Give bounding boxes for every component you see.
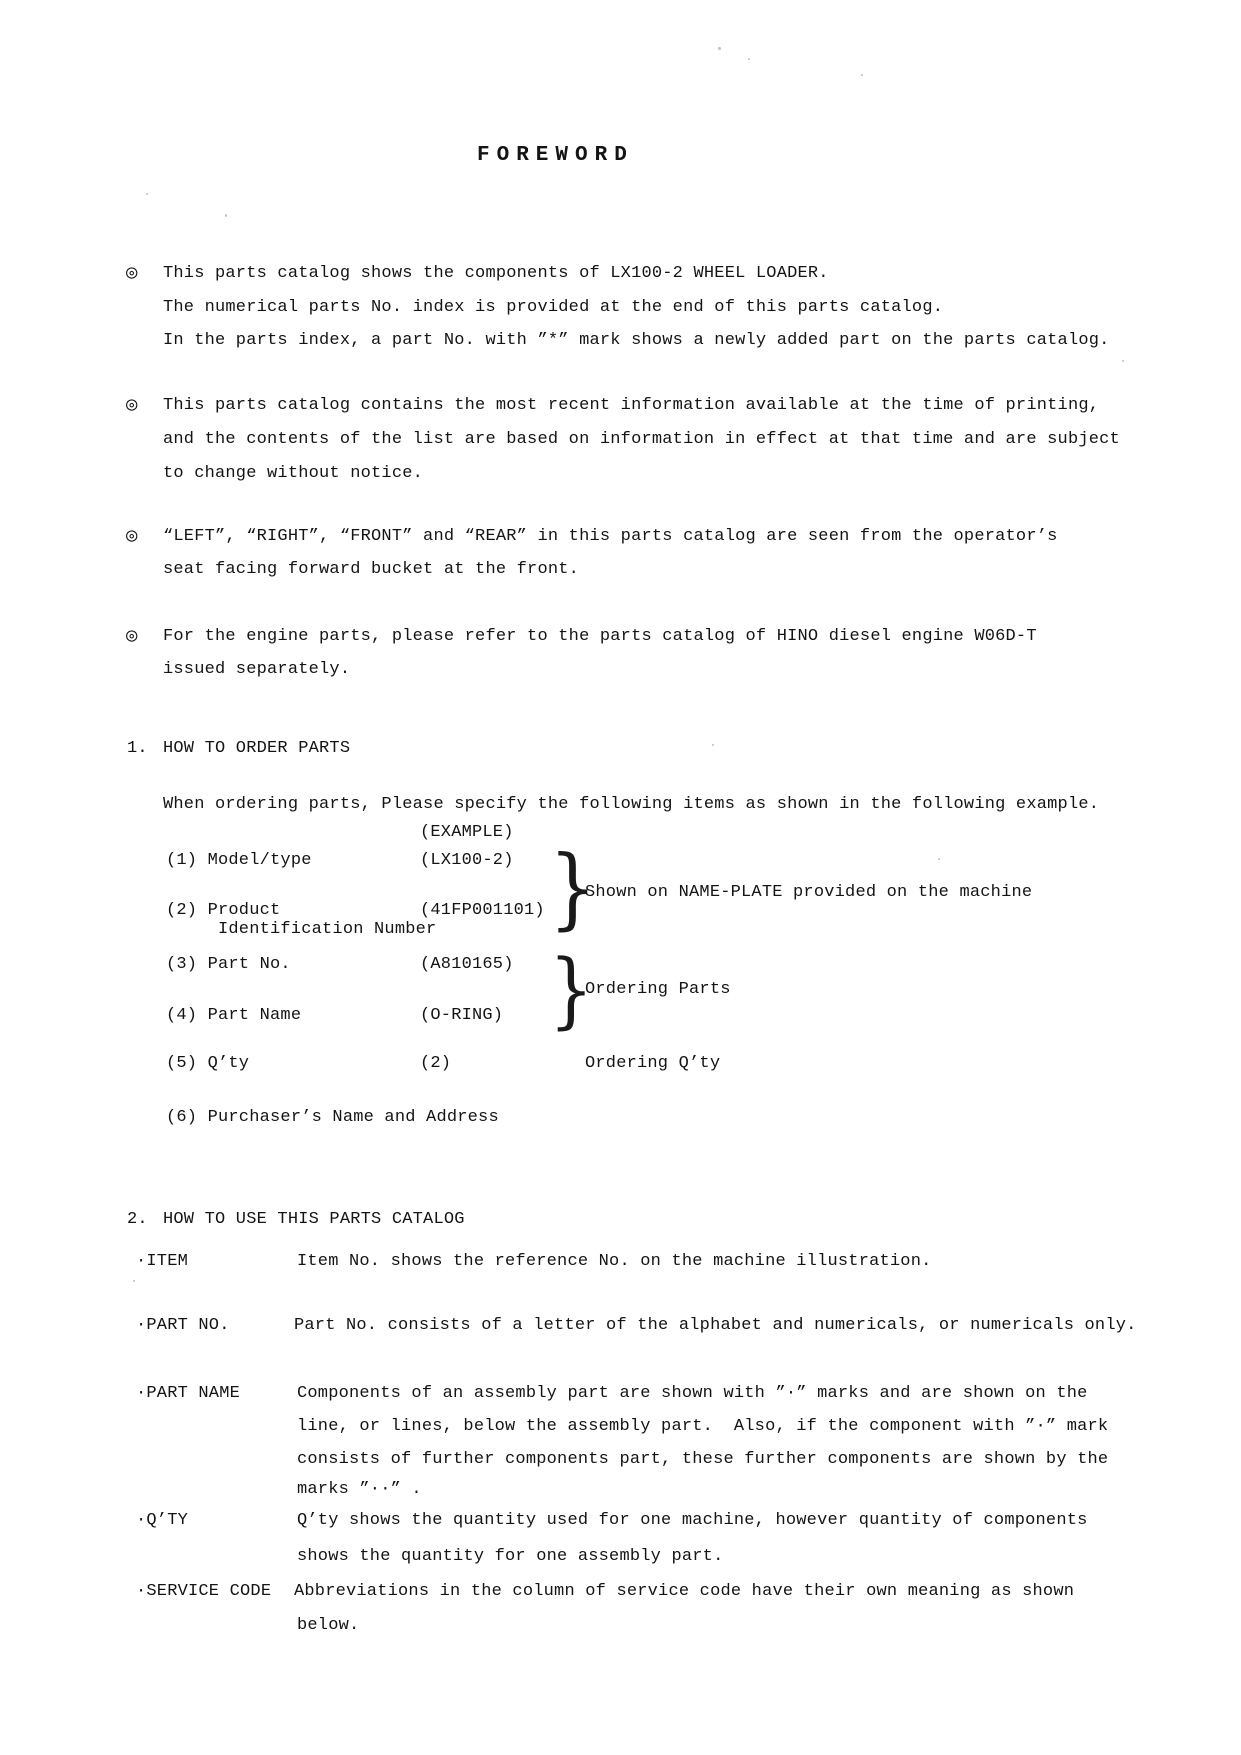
term-desc-line: marks ”··” . — [297, 1479, 422, 1501]
bullet-icon: ◎ — [126, 262, 137, 284]
term-label: ·PART NAME — [136, 1383, 240, 1405]
foreword-bullet-line: In the parts index, a part No. with ”*” … — [163, 330, 1110, 352]
foreword-bullet-line: The numerical parts No. index is provide… — [163, 297, 943, 319]
scan-speck — [718, 47, 721, 50]
order-row-label: (6) Purchaser’s Name and Address — [166, 1107, 499, 1129]
document-page: FOREWORD ◎ This parts catalog shows the … — [0, 0, 1241, 1755]
foreword-bullet-line: This parts catalog shows the components … — [163, 263, 829, 285]
scan-speck — [861, 74, 863, 76]
order-row-label: (4) Part Name — [166, 1005, 301, 1027]
term-desc-line: Components of an assembly part are shown… — [297, 1383, 1088, 1405]
order-row-value: (LX100-2) — [420, 850, 514, 872]
term-label: ·PART NO. — [136, 1315, 230, 1337]
section2-heading: HOW TO USE THIS PARTS CATALOG — [163, 1209, 465, 1231]
section2-number: 2. — [127, 1209, 148, 1231]
section1-number: 1. — [127, 738, 148, 760]
foreword-bullet-line: For the engine parts, please refer to th… — [163, 626, 1037, 648]
bullet-icon: ◎ — [126, 394, 137, 416]
foreword-bullet-line: “LEFT”, “RIGHT”, “FRONT” and “REAR” in t… — [163, 526, 1058, 548]
term-desc-line: Abbreviations in the column of service c… — [294, 1581, 1074, 1603]
scan-speck — [225, 214, 227, 217]
scan-speck — [938, 858, 940, 860]
foreword-bullet-line: and the contents of the list are based o… — [163, 429, 1120, 451]
term-desc-line: shows the quantity for one assembly part… — [297, 1546, 723, 1568]
foreword-bullet-line: seat facing forward bucket at the front. — [163, 559, 579, 581]
term-desc-line: line, or lines, below the assembly part.… — [297, 1416, 1108, 1438]
foreword-bullet-line: This parts catalog contains the most rec… — [163, 395, 1099, 417]
order-row-value: (2) — [420, 1053, 451, 1075]
scan-speck — [712, 744, 714, 746]
page-title: FOREWORD — [477, 144, 634, 167]
term-label: ·Q’TY — [136, 1510, 188, 1532]
foreword-bullet-line: to change without notice. — [163, 463, 423, 485]
scan-speck — [748, 58, 750, 60]
term-desc-line: Q’ty shows the quantity used for one mac… — [297, 1510, 1088, 1532]
order-row-value: (A810165) — [420, 954, 514, 976]
bullet-icon: ◎ — [126, 525, 137, 547]
term-desc-line: consists of further components part, the… — [297, 1449, 1108, 1471]
brace-note: Ordering Parts — [585, 979, 731, 1001]
order-row-label: (5) Q’ty — [166, 1053, 249, 1075]
term-label: ·SERVICE CODE — [136, 1581, 271, 1603]
example-label: (EXAMPLE) — [420, 822, 514, 844]
brace-note: Shown on NAME-PLATE provided on the mach… — [585, 882, 1032, 904]
term-desc-line: Part No. consists of a letter of the alp… — [294, 1315, 1137, 1337]
scan-speck — [133, 1280, 135, 1282]
section1-intro: When ordering parts, Please specify the … — [163, 794, 1099, 816]
bullet-icon: ◎ — [126, 625, 137, 647]
order-row-label: (3) Part No. — [166, 954, 291, 976]
order-row-label: (1) Model/type — [166, 850, 312, 872]
scan-speck — [146, 193, 148, 195]
term-label: ·ITEM — [136, 1251, 188, 1273]
term-desc-line: below. — [297, 1615, 359, 1637]
order-row-sublabel: Identification Number — [218, 919, 436, 941]
order-row-value: (O-RING) — [420, 1005, 503, 1027]
term-desc-line: Item No. shows the reference No. on the … — [297, 1251, 932, 1273]
section1-heading: HOW TO ORDER PARTS — [163, 738, 350, 760]
order-row-note: Ordering Q’ty — [585, 1053, 720, 1075]
scan-speck — [640, 988, 642, 990]
foreword-bullet-line: issued separately. — [163, 659, 350, 681]
scan-speck — [1122, 360, 1124, 362]
order-row-value: (41FP001101) — [420, 900, 545, 922]
